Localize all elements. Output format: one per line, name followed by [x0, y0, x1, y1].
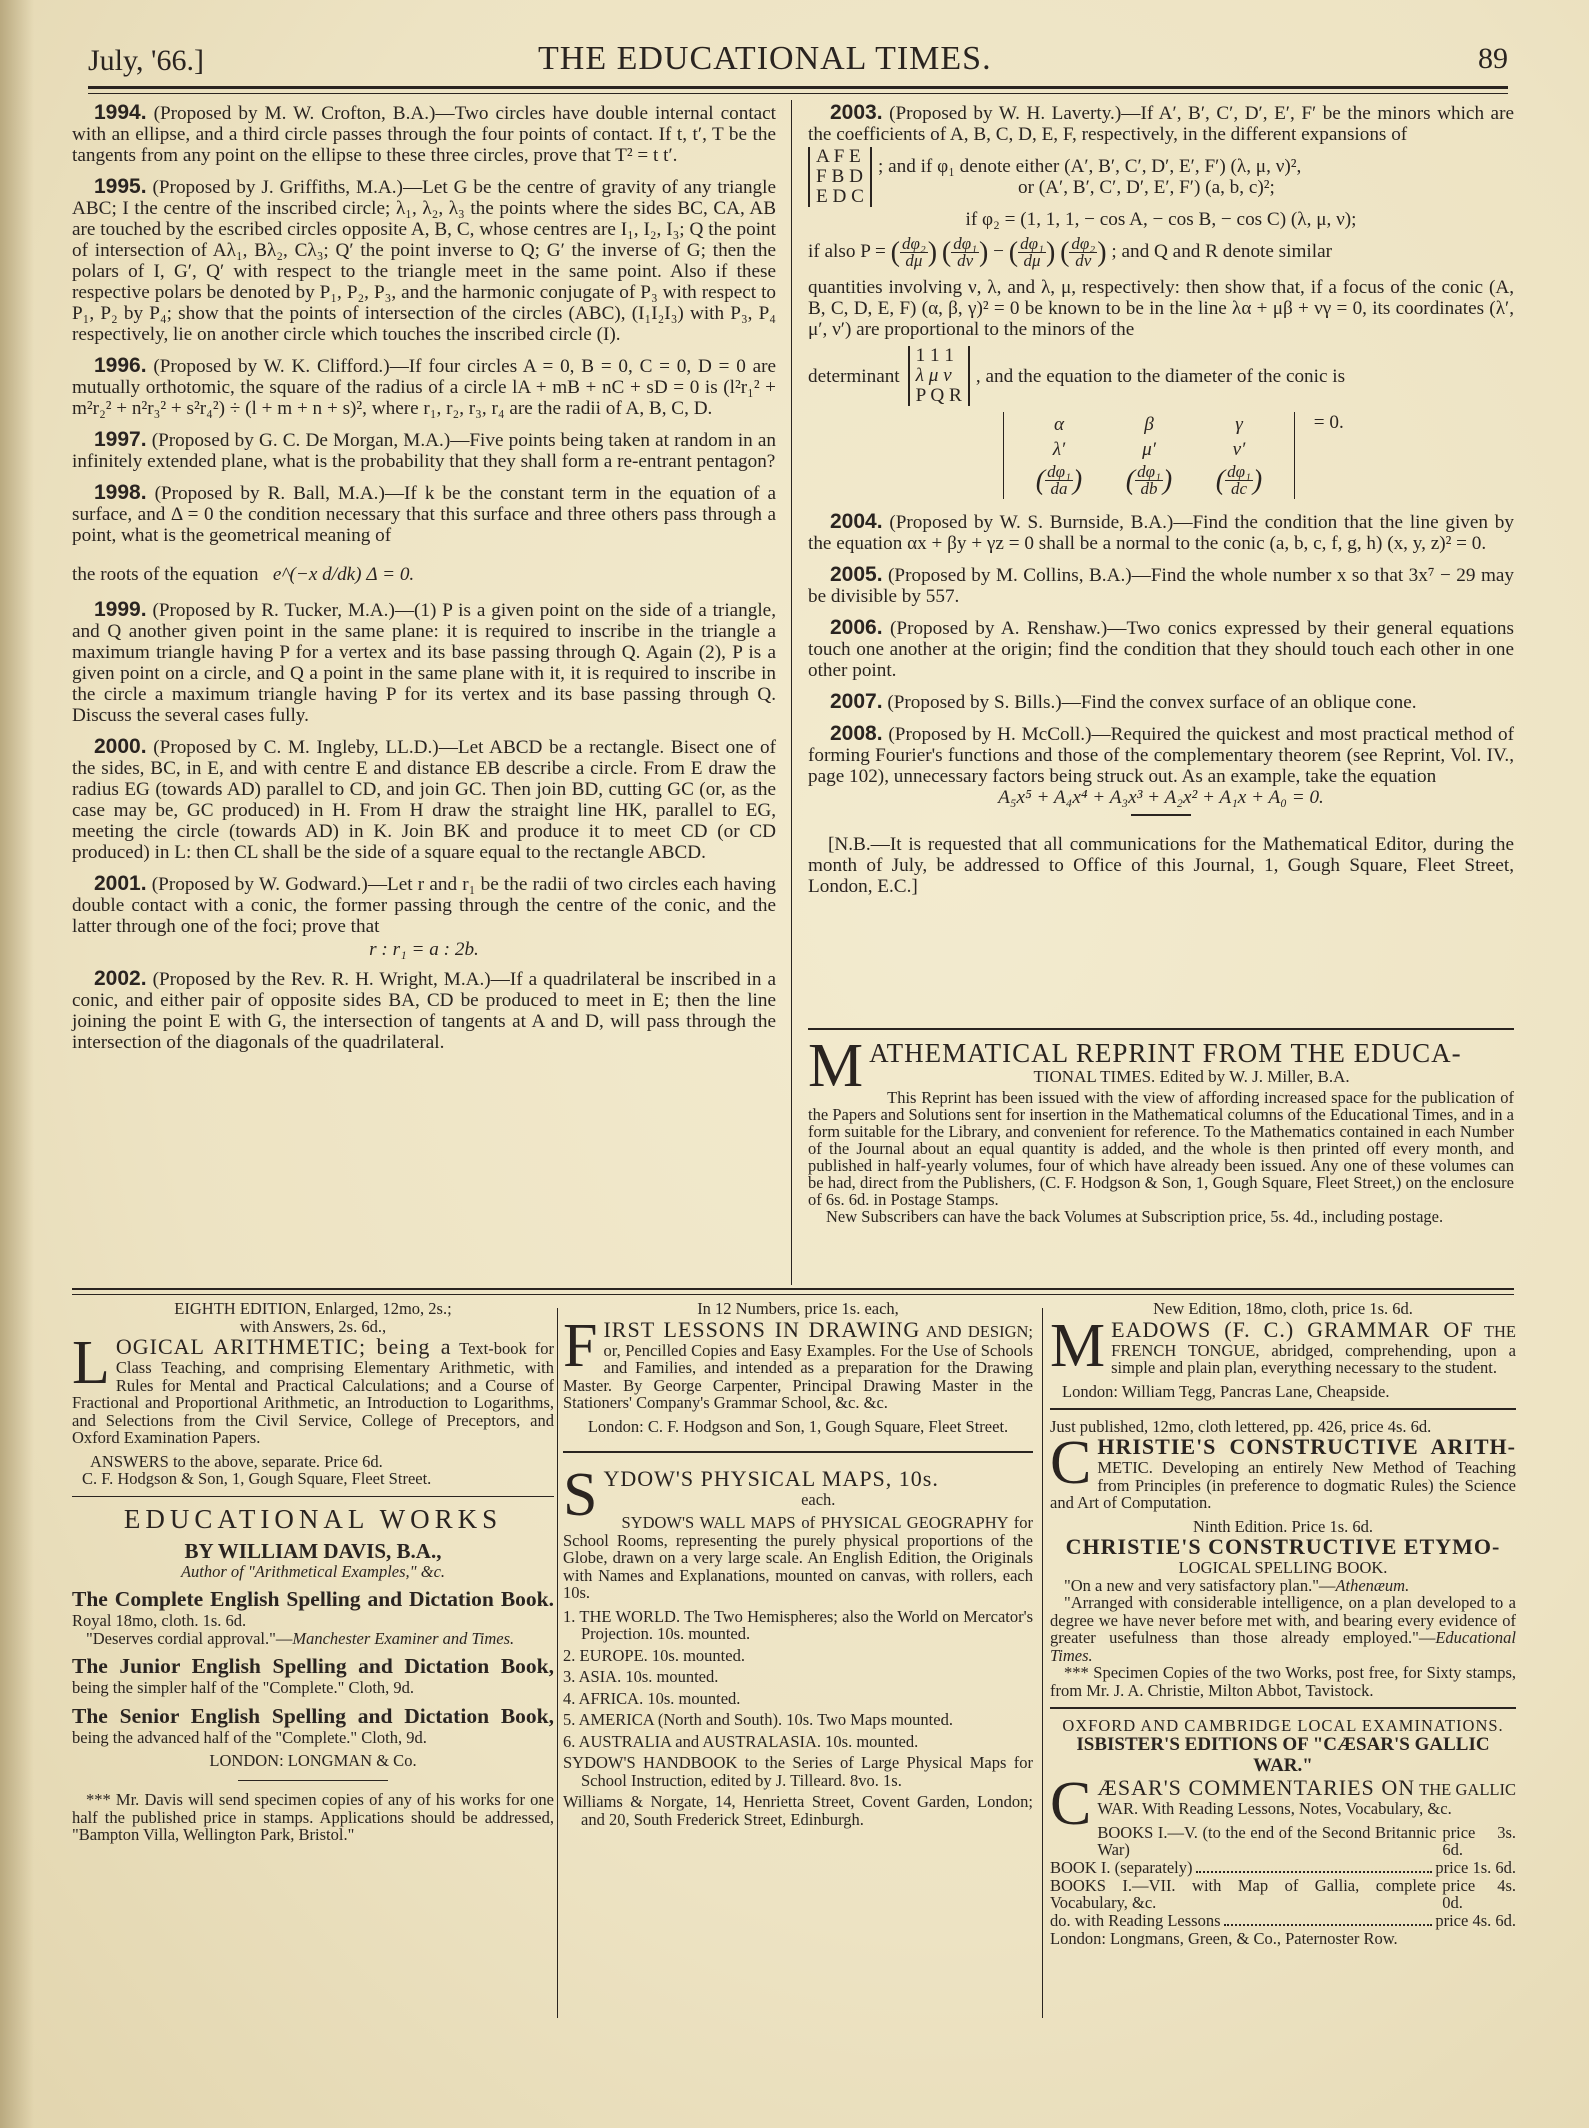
ad-title: ÆSAR'S COMMENTARIES ON [1097, 1775, 1415, 1800]
dropcap: L [72, 1337, 110, 1389]
problem-2005: 2005. (Proposed by M. Collins, B.A.)—Fin… [808, 564, 1514, 607]
christie-arithmetic: C HRISTIE'S CONSTRUCTIVE ARITH- METIC. D… [1050, 1435, 1516, 1512]
problem-1997: 1997. (Proposed by G. C. De Morgan, M.A.… [72, 429, 776, 472]
reprint-subtitle: TIONAL TIMES. Edited by W. J. Miller, B.… [808, 1068, 1514, 1085]
problem-2003-P-definition: if also P = (dφ₂dμ) (dφ₁dν) − (dφ₁dμ) (d… [808, 236, 1514, 269]
dropcap: F [563, 1320, 597, 1372]
problem-2003-determinant-2: determinant 1 1 1 λ μ ν P Q R , and the … [808, 346, 1514, 406]
problem-1999: 1999. (Proposed by R. Tucker, M.A.)—(1) … [72, 599, 776, 726]
map-item: 2. EUROPE. 10s. mounted. [563, 1647, 1033, 1665]
price-item: BOOK I. (separately)price 1s. 6d. [1050, 1859, 1516, 1877]
problem-2003: 2003. (Proposed by W. H. Laverty.)—If A′… [808, 102, 1514, 145]
book-senior-spelling: The Senior English Spelling and Dictatio… [72, 1703, 554, 1747]
advertisements-rule [72, 1288, 1514, 1290]
christie-etymology-title: CHRISTIE'S CONSTRUCTIVE ETYMO- [1050, 1535, 1516, 1559]
problem-2008: 2008. (Proposed by H. McColl.)—Required … [808, 723, 1514, 787]
price-item: do. with Reading Lessonsprice 4s. 6d. [1050, 1912, 1516, 1930]
map-item: 4. AFRICA. 10s. mounted. [563, 1690, 1033, 1708]
problem-2001-equation: r : r₁ = a : 2b. [72, 939, 776, 960]
reprint-title: ATHEMATICAL REPRINT FROM THE EDUCA- [869, 1038, 1462, 1068]
davis-note: *** Mr. Davis will send specimen copies … [72, 1791, 554, 1844]
binding-shadow [0, 0, 34, 2128]
caesar-commentaries: C ÆSAR'S COMMENTARIES ON THE GALLIC WAR.… [1050, 1776, 1516, 1818]
column-divider [1042, 1308, 1043, 2018]
author-line: BY WILLIAM DAVIS, B.A., [72, 1539, 554, 1563]
advertisement-logical-arithmetic: EIGHTH EDITION, Enlarged, 12mo, 2s.; wit… [72, 1300, 554, 1844]
map-item: 3. ASIA. 10s. mounted. [563, 1668, 1033, 1686]
section-rule [808, 1028, 1514, 1030]
map-item: 1. THE WORLD. The Two Hemispheres; also … [563, 1608, 1033, 1643]
dropcap: M [808, 1040, 863, 1092]
problem-2007: 2007. (Proposed by S. Bills.)—Find the c… [808, 691, 1514, 713]
ad-title: EADOWS (F. C.) GRAMMAR OF [1111, 1317, 1473, 1342]
dropcap: C [1050, 1437, 1091, 1489]
page-header: July, '66.] THE EDUCATIONAL TIMES. 89 [88, 40, 1508, 90]
price-item: BOOKS I.—V. (to the end of the Second Br… [1097, 1824, 1516, 1859]
dropcap: S [563, 1469, 597, 1521]
issue-date: July, '66.] [88, 44, 204, 78]
book-junior-spelling: The Junior English Spelling and Dictatio… [72, 1653, 554, 1697]
problem-2001: 2001. (Proposed by W. Godward.)—Let r an… [72, 873, 776, 937]
problem-2006: 2006. (Proposed by A. Renshaw.)—Two coni… [808, 617, 1514, 681]
problem-2003-body: quantities involving ν, λ, and λ, μ, res… [808, 277, 1514, 340]
newspaper-page: July, '66.] THE EDUCATIONAL TIMES. 89 19… [0, 0, 1589, 2128]
sydow-handbook: SYDOW'S HANDBOOK to the Series of Large … [563, 1754, 1033, 1789]
problem-1998: 1998. (Proposed by R. Ball, M.A.)—If k b… [72, 482, 776, 546]
advertisement-grammar-and-classics: New Edition, 18mo, cloth, price 1s. 6d. … [1050, 1300, 1516, 1947]
dropcap: M [1050, 1320, 1105, 1372]
sydow-maps: S YDOW'S PHYSICAL MAPS, 10s. each. [563, 1467, 1033, 1509]
ad-title: YDOW'S PHYSICAL MAPS, 10s. [603, 1466, 938, 1491]
longmans-publisher: London: Longmans, Green, & Co., Paternos… [1050, 1930, 1516, 1948]
problem-1995: 1995. (Proposed by J. Griffiths, M.A.)—L… [72, 176, 776, 345]
masthead: THE EDUCATIONAL TIMES. [538, 40, 992, 78]
map-item: 6. AUSTRALIA and AUSTRALASIA. 10s. mount… [563, 1733, 1033, 1751]
sydow-publisher: Williams & Norgate, 14, Henrietta Street… [563, 1793, 1033, 1828]
ad-title: IRST LESSONS IN DRAWING [603, 1317, 920, 1342]
divider-rule [1131, 814, 1191, 816]
problem-1994: 1994. (Proposed by M. W. Crofton, B.A.)—… [72, 102, 776, 166]
header-rule-thin [88, 93, 1508, 94]
mathematical-reprint-notice: M ATHEMATICAL REPRINT FROM THE EDUCA- TI… [808, 1038, 1514, 1225]
problems-left-column: 1994. (Proposed by M. W. Crofton, B.A.)—… [72, 102, 776, 1063]
educational-works-heading: EDUCATIONAL WORKS [72, 1511, 554, 1529]
ad-title: OGICAL ARITHMETIC; being a [116, 1334, 452, 1359]
advertisements-rule-thin [72, 1294, 1514, 1295]
advertisement-drawing-and-maps: In 12 Numbers, price 1s. each, F IRST LE… [563, 1300, 1033, 1832]
page-number: 89 [1478, 42, 1508, 76]
ad-title: HRISTIE'S CONSTRUCTIVE ARITH- [1097, 1434, 1516, 1459]
problem-2003-determinant: A F E F B D E D C ; and if φ₁ denote eit… [808, 147, 1514, 207]
problem-2008-equation: A₅x⁵ + A₄x⁴ + A₃x³ + A₂x² + A₁x + A₀ = 0… [808, 787, 1514, 808]
determinant-afe: A F E F B D E D C [808, 147, 872, 207]
book-complete-spelling: The Complete English Spelling and Dictat… [72, 1586, 554, 1647]
problems-right-column: 2003. (Proposed by W. H. Laverty.)—If A′… [808, 102, 1514, 897]
reprint-body: This Reprint has been issued with the vi… [808, 1089, 1514, 1208]
reprint-subscribers: New Subscribers can have the back Volume… [808, 1208, 1514, 1225]
column-divider [557, 1308, 558, 2018]
column-divider [791, 100, 792, 1285]
problem-2000: 2000. (Proposed by C. M. Ingleby, LL.D.)… [72, 736, 776, 863]
nota-bene: [N.B.—It is requested that all communica… [808, 834, 1514, 897]
problem-2003-diameter-equation: α β γ λ′ μ′ ν′ (dφ₁da) (dφ₁db) (dφ₁dc) =… [808, 412, 1514, 499]
map-item: 5. AMERICA (North and South). 10s. Two M… [563, 1711, 1033, 1729]
header-rule [88, 86, 1508, 89]
problem-1996: 1996. (Proposed by W. K. Clifford.)—If f… [72, 355, 776, 419]
dropcap: C [1050, 1778, 1091, 1830]
price-item: BOOKS I.—VII. with Map of Gallia, comple… [1050, 1877, 1516, 1912]
problem-2002: 2002. (Proposed by the Rev. R. H. Wright… [72, 968, 776, 1053]
problem-2003-phi2: if φ₂ = (1, 1, 1, − cos A, − cos B, − co… [808, 209, 1514, 230]
problem-1998-equation: the roots of the equation e^(−x d/dk) Δ … [72, 564, 776, 585]
isbister-heading: ISBISTER'S EDITIONS OF "CÆSAR'S GALLIC W… [1050, 1734, 1516, 1776]
problem-2004: 2004. (Proposed by W. S. Burnside, B.A.)… [808, 511, 1514, 554]
